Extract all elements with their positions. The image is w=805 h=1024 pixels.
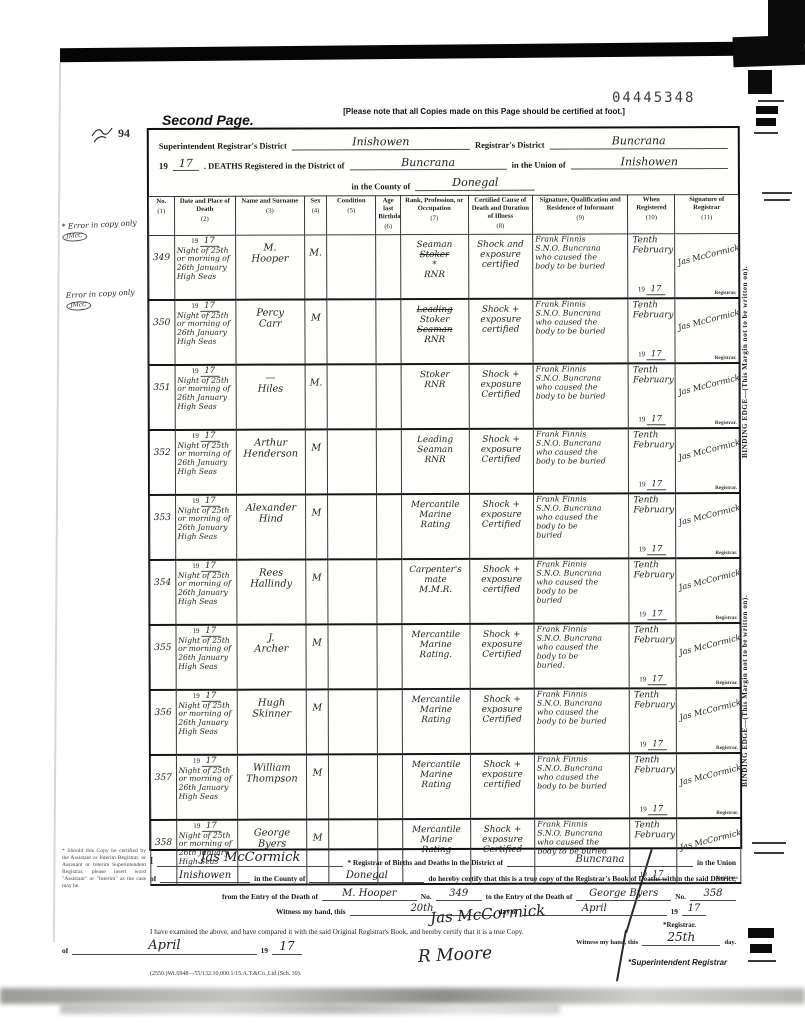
deaths-registered-line: 19 17 . DEATHS Registered in the Distric… xyxy=(159,156,728,172)
cell-age xyxy=(377,429,402,494)
margin-note-initials: JMcC xyxy=(66,300,91,310)
year-handwritten: 17 xyxy=(648,804,667,815)
column-header: Signature, Qualification and Residence o… xyxy=(533,195,628,234)
cell-sex: M xyxy=(305,429,328,494)
year2-prefix: 19 xyxy=(261,946,268,955)
cell-entry-no: 357 xyxy=(150,755,176,820)
cell-name: Percy Carr xyxy=(236,299,305,364)
cell-date-place: 19 17 Night of 25th or morning of 26th J… xyxy=(175,560,237,625)
informant-text: Frank Finnis S.N.O. Buncrana who caused … xyxy=(537,755,627,791)
sex-text: M. xyxy=(307,378,325,389)
scan-smudge-bottom xyxy=(60,1004,560,1014)
registrar-signature: Jas McCormick xyxy=(679,699,738,723)
sex-text: M xyxy=(308,638,326,649)
scan-artifact-dash xyxy=(764,199,790,201)
registered-text: Tenth February xyxy=(632,820,674,840)
year-prefix: 19 xyxy=(671,907,678,916)
margin-note-error: Error in copy only JMcC xyxy=(66,288,147,311)
registered-text: Tenth February xyxy=(631,430,673,450)
of2-label: of xyxy=(62,946,68,955)
informant-text: Frank Finnis S.N.O. Buncrana who caused … xyxy=(537,625,627,670)
scan-artifact-dash xyxy=(754,132,778,134)
year-value: 17 xyxy=(173,157,199,171)
cell-entry-no: 356 xyxy=(150,690,176,755)
cell-condition xyxy=(328,624,377,689)
cell-when-registered: Tenth February 19 17 xyxy=(628,234,675,299)
registered-text: Tenth February xyxy=(631,365,673,385)
union-value: Inishowen xyxy=(160,870,250,883)
margin-note-initials: JMcC xyxy=(62,231,87,241)
cell-registrar-signature: Jas McCormick Registrar. xyxy=(676,623,740,688)
cause-text: Shock + exposure certified xyxy=(472,565,532,596)
cell-condition xyxy=(327,299,376,364)
serial-stamp: 04445348 xyxy=(612,90,695,106)
year-printed: 19 xyxy=(192,497,199,505)
deaths-registered-label: . DEATHS Registered in the District of xyxy=(204,161,345,171)
informant-text: Frank Finnis S.N.O. Buncrana who caused … xyxy=(536,495,626,540)
date-place-text: Night of 25th or morning of 26th January… xyxy=(178,507,235,542)
registered-text: Tenth February xyxy=(632,625,674,645)
scan-artifact-dash xyxy=(752,842,786,844)
informant-text: Frank Finnis S.N.O. Buncrana who caused … xyxy=(536,560,626,605)
cell-sex: M xyxy=(305,559,328,624)
scan-artifact-dash xyxy=(756,118,776,126)
cell-sex: M xyxy=(305,299,328,364)
margin-note-text: * Error in copy only xyxy=(62,218,137,231)
cell-name: Arthur Henderson xyxy=(236,429,305,494)
from-name: M. Hooper xyxy=(322,888,417,901)
month2-value: April xyxy=(72,939,256,955)
cell-informant: Frank Finnis S.N.O. Buncrana who caused … xyxy=(534,753,629,818)
registrar-of-text: * Registrar of Births and Deaths in the … xyxy=(347,858,503,867)
sex-text: M xyxy=(308,508,326,519)
registrar-label: Registrar. xyxy=(716,745,738,751)
cell-name: Hugh Skinner xyxy=(237,689,306,754)
county-line: in the County of Donegal xyxy=(159,176,728,192)
year-printed: 19 xyxy=(192,432,199,440)
name-text: George Byers xyxy=(240,827,304,850)
district-line: Superintendent Registrar's District Inis… xyxy=(159,135,728,151)
cell-entry-no: 355 xyxy=(150,625,176,690)
cell-condition xyxy=(327,364,376,429)
page-title: Second Page. xyxy=(162,112,254,128)
column-header: Age last Birthday(6) xyxy=(376,196,401,235)
county-value: Donegal xyxy=(415,177,535,191)
cell-rank: MercantileMarineRating. xyxy=(402,624,470,689)
year-line: 19 17 xyxy=(629,285,675,295)
year-printed: 19 xyxy=(639,741,646,749)
cell-registrar-signature: Jas McCormick Registrar. xyxy=(675,298,739,363)
cell-sex: M. xyxy=(305,364,328,429)
cell-rank: LeadingStokerSeamanRNR xyxy=(401,299,469,364)
cell-age xyxy=(377,494,402,559)
register-row: 352 19 17 Night of 25th or morning of 26… xyxy=(149,428,739,495)
scan-artifact-dash xyxy=(748,960,776,962)
cell-entry-no: 353 xyxy=(150,495,176,560)
year-printed: 19 xyxy=(193,627,200,635)
margin-note-text: Error in copy only xyxy=(66,288,135,301)
county-value: Donegal xyxy=(309,870,424,883)
cell-rank: MercantileMarineRating xyxy=(401,494,469,559)
year-printed: 19 xyxy=(638,286,645,294)
sex-text: M xyxy=(308,443,326,454)
year-printed: 19 xyxy=(639,611,646,619)
cell-rank: MercantileMarineRating xyxy=(402,689,470,754)
union-label: in the Union of xyxy=(512,160,566,170)
footer-witness2-line: Witness my hand, this 25th day. xyxy=(576,931,736,946)
footer-certify-line-1: I Jas McCormick * Registrar of Births an… xyxy=(150,851,736,867)
copies-certification-note: [Please note that all Copies made on thi… xyxy=(300,107,668,116)
to-label: to the Entry of the Death of xyxy=(486,892,573,901)
cell-sex: M xyxy=(306,624,329,689)
name-text: — Hiles xyxy=(239,372,303,395)
scan-artifact-dash xyxy=(748,928,774,938)
registrar-signature: Jas McCormick xyxy=(678,504,737,528)
cell-condition xyxy=(328,494,377,559)
registrar-label: Registrar. xyxy=(715,485,737,491)
no-label: No. xyxy=(675,892,686,901)
registrar-signature: Jas McCormick xyxy=(677,244,736,268)
year-handwritten: 17 xyxy=(647,414,666,425)
register-row: 356 19 17 Night of 25th or morning of 26… xyxy=(150,688,740,755)
registrar-district-label: Registrar's District xyxy=(475,139,545,149)
scan-artifact-dash xyxy=(762,192,792,194)
cell-registrar-signature: Jas McCormick Registrar. xyxy=(676,428,740,493)
rank-text: LeadingStokerSeamanRNR xyxy=(403,305,466,346)
registrar-district-value: Buncrana xyxy=(550,135,728,149)
registrar-signature: Jas McCormick xyxy=(679,634,738,658)
death-register-table: No.(1)Date and Place of Death(2)Name and… xyxy=(148,194,741,886)
year-handwritten: 17 xyxy=(648,674,667,685)
column-header: Rank, Profession, or Occupation(7) xyxy=(400,195,468,234)
cell-rank: Carpenter'smateM.M.R. xyxy=(402,559,470,624)
registrar-label: Registrar. xyxy=(715,420,737,426)
cell-entry-no: 352 xyxy=(149,430,175,495)
district-value: Buncrana xyxy=(507,854,693,867)
of-label: of xyxy=(150,874,156,883)
informant-text: Frank Finnis S.N.O. Buncrana who caused … xyxy=(535,235,625,271)
registrar-signature: Jas McCormick xyxy=(679,829,738,853)
date-place-text: Night of 25th or morning of 26th January… xyxy=(177,247,234,282)
year-printed: 19 xyxy=(192,562,199,570)
cell-name: — Hiles xyxy=(236,364,305,429)
cell-rank: LeadingSeamanRNR xyxy=(401,429,469,494)
cell-cause-of-death: Shock + exposure Certified xyxy=(469,364,534,429)
register-table-body: 349 19 17 Night of 25th or morning of 26… xyxy=(149,233,741,885)
register-row: 354 19 17 Night of 25th or morning of 26… xyxy=(150,558,740,625)
margin-note-error: * Error in copy only JMcC xyxy=(62,219,143,242)
register-header: Superintendent Registrar's District Inis… xyxy=(149,128,738,192)
date-place-text: Night of 25th or morning of 26th January… xyxy=(177,312,234,347)
cell-informant: Frank Finnis S.N.O. Buncrana who caused … xyxy=(534,688,629,753)
column-header: Signature of Registrar(11) xyxy=(675,194,739,233)
date-place-text: Night of 25th or morning of 26th January… xyxy=(177,377,234,412)
cell-age xyxy=(378,754,403,819)
cell-when-registered: Tenth February 19 17 xyxy=(630,688,677,753)
union-value: Inishowen xyxy=(571,156,728,170)
year-printed: 19 xyxy=(638,351,645,359)
cell-sex: M xyxy=(305,494,328,559)
sex-text: M xyxy=(309,833,327,844)
cause-text: Shock + exposure Certified xyxy=(472,695,532,726)
informant-text: Frank Finnis S.N.O. Buncrana who caused … xyxy=(536,365,626,401)
year-handwritten: 17 xyxy=(647,284,666,295)
death-register-form: Superintendent Registrar's District Inis… xyxy=(147,126,743,851)
cell-name: Rees Hallindy xyxy=(237,559,306,624)
cell-date-place: 19 17 Night of 25th or morning of 26th J… xyxy=(176,755,238,820)
binding-edge-label: BINDING EDGE—(This Margin not to be writ… xyxy=(741,228,755,496)
union-suffix: in the Union xyxy=(697,858,736,867)
registrar-signature: Jas McCormick xyxy=(678,374,737,398)
margin-doodle-icon xyxy=(90,122,116,146)
cell-when-registered: Tenth February 19 17 xyxy=(628,298,675,363)
year-line: 19 17 xyxy=(630,545,676,555)
deaths-district-value: Buncrana xyxy=(349,156,506,170)
cell-cause-of-death: Shock + exposure certified xyxy=(469,559,534,624)
scan-smudge-bottom xyxy=(0,988,805,1004)
cell-cause-of-death: Shock + exposure Certified xyxy=(470,624,535,689)
cell-when-registered: Tenth February 19 17 xyxy=(629,428,676,493)
year-printed: 19 xyxy=(638,416,645,424)
footer-of-line: of April 19 17 xyxy=(62,939,302,955)
column-header: When Registered(10) xyxy=(628,195,675,234)
cause-text: Shock + exposure Certified xyxy=(471,370,531,401)
registrar-label: Registrar. xyxy=(716,615,738,621)
date-place-text: Night of 25th or morning of 26th January… xyxy=(178,636,235,671)
cell-entry-no: 350 xyxy=(149,300,175,365)
cell-condition xyxy=(327,429,376,494)
scan-artifact-blob xyxy=(748,70,772,94)
county-label: in the County of xyxy=(352,181,411,191)
year-printed: 19 xyxy=(192,367,199,375)
to-name: George Byers xyxy=(576,888,671,901)
cell-date-place: 19 17 Night of 25th or morning of 26th J… xyxy=(175,430,237,495)
cell-rank: StokerRNR xyxy=(401,364,469,429)
registered-text: Tenth February xyxy=(632,690,674,710)
register-row: 355 19 17 Night of 25th or morning of 26… xyxy=(150,623,740,690)
registrar-star-label: *Registrar. xyxy=(663,921,696,929)
from-label: from the Entry of the Death of xyxy=(222,892,318,901)
cell-when-registered: Tenth February 19 17 xyxy=(629,623,676,688)
cause-text: Shock + exposure certified xyxy=(471,305,531,336)
cell-date-place: 19 17 Night of 25th or morning of 26th J… xyxy=(175,365,237,430)
registrar-signature: Jas McCormick xyxy=(678,439,737,463)
from-no: 349 xyxy=(436,888,482,901)
informant-text: Frank Finnis S.N.O. Buncrana who caused … xyxy=(537,690,627,726)
sex-text: M xyxy=(308,573,326,584)
county-label: in the County of xyxy=(254,874,305,883)
sup-district-label: Superintendent Registrar's District xyxy=(159,140,287,150)
name-text: Arthur Henderson xyxy=(239,437,303,460)
examined-statement: I have examined the above, and have comp… xyxy=(150,928,570,936)
register-row: 349 19 17 Night of 25th or morning of 26… xyxy=(149,233,739,300)
footer-certify-line-3: from the Entry of the Death of M. Hooper… xyxy=(222,888,736,901)
rank-text: MercantileMarineRating. xyxy=(404,630,467,661)
name-text: Rees Hallindy xyxy=(239,567,303,590)
cell-name: J. Archer xyxy=(237,624,306,689)
rank-text: MercantileMarineRating xyxy=(405,695,468,726)
cell-condition xyxy=(329,754,378,819)
cell-registrar-signature: Jas McCormick Registrar. xyxy=(676,558,740,623)
rank-text: MercantileMarineRating xyxy=(404,500,467,531)
date-place-text: Night of 25th or morning of 26th January… xyxy=(177,442,234,477)
footer-margin-note: * Should this Copy be certified by the A… xyxy=(62,848,146,890)
name-text: William Thompson xyxy=(240,762,304,785)
column-header: Certified Cause of Death and Duration of… xyxy=(468,195,533,234)
rank-text: SeamanStoker*RNR xyxy=(403,240,466,281)
column-header: Condition(5) xyxy=(327,196,376,235)
printers-code: (2550.)Wt.6948—55/132.10,000.1/15.A.T.&C… xyxy=(150,971,301,977)
witness2-day: 25th xyxy=(642,931,720,946)
registered-text: Tenth February xyxy=(632,560,674,580)
superintendent-signature: R Moore xyxy=(418,944,493,967)
year-handwritten: 17 xyxy=(648,544,667,555)
cell-when-registered: Tenth February 19 17 xyxy=(629,558,676,623)
year-value: 17 xyxy=(682,903,706,916)
cell-sex: M xyxy=(306,754,329,819)
register-row: 351 19 17 Night of 25th or morning of 26… xyxy=(149,363,739,430)
year2-value: 17 xyxy=(272,940,302,955)
cell-cause-of-death: Shock + exposure certified xyxy=(468,299,533,364)
registered-text: Tenth February xyxy=(630,235,672,255)
year-handwritten: 17 xyxy=(648,609,667,620)
year-printed: 19 xyxy=(193,822,200,830)
cell-condition xyxy=(328,559,377,624)
witness2-label: Witness my hand, this xyxy=(576,939,638,946)
rank-text: MercantileMarineRating xyxy=(405,760,468,791)
year-line: 19 17 xyxy=(629,350,675,360)
sex-text: M xyxy=(308,703,326,714)
register-header-row: No.(1)Date and Place of Death(2)Name and… xyxy=(148,194,738,235)
cause-text: Shock + exposure Certified xyxy=(471,435,531,466)
scan-artifact-top-band xyxy=(60,42,738,63)
name-text: M. Hooper xyxy=(238,242,302,265)
rank-text: LeadingSeamanRNR xyxy=(404,435,467,466)
year-line: 19 17 xyxy=(630,740,676,750)
year-printed: 19 xyxy=(639,546,646,554)
cell-informant: Frank Finnis S.N.O. Buncrana who caused … xyxy=(533,298,628,363)
sup-district-value: Inishowen xyxy=(292,136,470,150)
year-line: 19 17 xyxy=(629,415,675,425)
year-handwritten: 17 xyxy=(648,739,667,750)
cell-when-registered: Tenth February 19 17 xyxy=(628,363,675,428)
cell-date-place: 19 17 Night of 25th or morning of 26th J… xyxy=(174,300,236,365)
rank-text: StokerRNR xyxy=(404,370,467,390)
registrar-label: Registrar. xyxy=(715,550,737,556)
witness-label: Witness my hand, this xyxy=(276,907,346,916)
cell-age xyxy=(376,235,401,300)
name-text: Percy Carr xyxy=(238,307,302,330)
sex-text: M xyxy=(307,313,325,324)
column-header: Date and Place of Death(2) xyxy=(174,196,236,235)
cell-date-place: 19 17 Night of 25th or morning of 26th J… xyxy=(175,495,237,560)
cell-registrar-signature: Jas McCormick Registrar. xyxy=(675,363,739,428)
registrar-signature: Jas McCormick xyxy=(678,569,737,593)
cell-rank: MercantileMarineRating xyxy=(402,754,470,819)
register-row: 353 19 17 Night of 25th or morning of 26… xyxy=(150,493,740,560)
cell-informant: Frank Finnis S.N.O. Buncrana who caused … xyxy=(534,493,629,558)
sex-text: M. xyxy=(307,248,325,259)
date-place-text: Night of 25th or morning of 26th January… xyxy=(178,571,235,606)
cell-cause-of-death: Shock + exposure Certified xyxy=(469,429,534,494)
name-text: Hugh Skinner xyxy=(240,697,304,720)
informant-text: Frank Finnis S.N.O. Buncrana who caused … xyxy=(536,430,626,466)
cause-text: Shock and exposure certified xyxy=(471,240,531,271)
cell-entry-no: 349 xyxy=(149,235,175,300)
cause-text: Shock + exposure Certified xyxy=(472,630,532,661)
rank-text: Carpenter'smateM.M.R. xyxy=(404,565,467,596)
cell-registrar-signature: Jas McCormick Registrar. xyxy=(677,753,741,818)
cell-registrar-signature: Jas McCormick Registrar. xyxy=(677,688,741,753)
registrar-label: Registrar. xyxy=(716,680,738,686)
cell-name: William Thompson xyxy=(237,754,306,819)
year-handwritten: 17 xyxy=(647,479,666,490)
cell-informant: Frank Finnis S.N.O. Buncrana who caused … xyxy=(534,623,629,688)
cell-age xyxy=(376,364,401,429)
registered-text: Tenth February xyxy=(632,755,674,775)
column-header: Sex(4) xyxy=(304,196,327,235)
registrar-label: Registrar. xyxy=(714,290,736,296)
registered-text: Tenth February xyxy=(631,300,673,320)
date-place-text: Night of 25th or morning of 26th January… xyxy=(179,766,236,801)
name-text: Alexander Hind xyxy=(239,502,303,525)
cell-age xyxy=(378,689,403,754)
cell-sex: M. xyxy=(304,235,327,300)
page-number: 94 xyxy=(118,126,130,141)
cell-date-place: 19 17 Night of 25th or morning of 26th J… xyxy=(176,690,238,755)
registrar-signature: Jas McCormick xyxy=(157,851,343,867)
cell-date-place: 19 17 Night of 25th or morning of 26th J… xyxy=(176,625,238,690)
cell-condition xyxy=(327,235,376,300)
year-printed: 19 xyxy=(639,481,646,489)
scan-artifact-dash xyxy=(750,944,772,953)
i-label: I xyxy=(150,856,153,867)
year-printed: 19 xyxy=(191,237,198,245)
certify-text: do hereby certify that this is a true co… xyxy=(428,874,736,883)
cell-date-place: 19 17 Night of 25th or morning of 26th J… xyxy=(174,235,236,300)
name-text: J. Archer xyxy=(240,632,304,655)
scan-artifact-dash xyxy=(758,100,784,102)
registrar-label: Registrar. xyxy=(716,810,738,816)
year-printed: 19 xyxy=(193,757,200,765)
cause-text: Shock + exposure Certified xyxy=(472,500,532,531)
cell-age xyxy=(377,559,402,624)
registrar-signature: Jas McCormick xyxy=(678,309,737,333)
year-printed: 19 xyxy=(639,676,646,684)
cell-cause-of-death: Shock + exposure certified xyxy=(470,754,535,819)
year-printed: 19 xyxy=(640,806,647,814)
cell-registrar-signature: Jas McCormick Registrar. xyxy=(675,233,739,298)
registrar-label: Registrar. xyxy=(715,355,737,361)
cell-informant: Frank Finnis S.N.O. Buncrana who caused … xyxy=(533,428,628,493)
scan-artifact-dash xyxy=(756,106,778,114)
informant-text: Frank Finnis S.N.O. Buncrana who caused … xyxy=(535,300,625,336)
page-edge-shadow xyxy=(53,62,61,942)
scan-artifact-blob xyxy=(732,35,805,67)
cell-cause-of-death: Shock + exposure Certified xyxy=(469,494,534,559)
binding-edge-label: BINDING EDGE—(This Margin not to be writ… xyxy=(741,566,755,816)
year-line: 19 17 xyxy=(630,610,676,620)
cell-name: M. Hooper xyxy=(236,235,305,300)
cell-registrar-signature: Jas McCormick Registrar. xyxy=(676,493,740,558)
year-printed: 19 xyxy=(191,302,198,310)
cell-age xyxy=(376,299,401,364)
year-printed: 19 xyxy=(193,692,200,700)
cell-cause-of-death: Shock + exposure Certified xyxy=(470,689,535,754)
cell-age xyxy=(377,624,402,689)
year-prefix: 19 xyxy=(159,161,168,171)
cell-entry-no: 354 xyxy=(150,560,176,625)
